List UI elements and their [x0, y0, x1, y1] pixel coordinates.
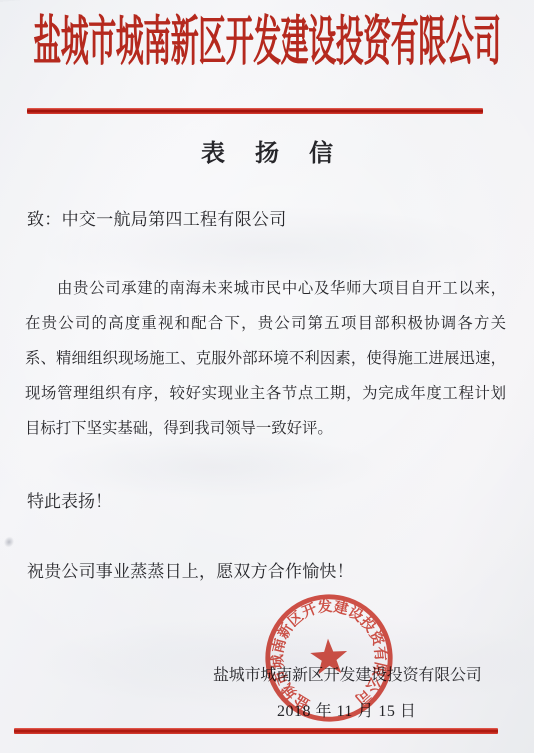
body-line-1: 由贵公司承建的南海未来城市民中心及华师大项目自开工以来， [25, 271, 506, 306]
recipient-line: 致：中交一航局第四工程有限公司 [27, 209, 287, 231]
footer-rule [14, 728, 498, 734]
body-line-3: 系、精细组织现场施工、克服外部环境不利因素，使得施工进展迅速， [25, 341, 506, 376]
commendation-line: 特此表扬！ [27, 487, 112, 512]
letter-page: 盐城市城南新区开发建设投资有限公司 表 扬 信 致：中交一航局第四工程有限公司 … [0, 0, 534, 753]
letter-title: 表 扬 信 [0, 133, 534, 168]
body-line-2: 在贵公司的高度重视和配合下，贵公司第五项目部积极协调各方关 [25, 306, 506, 341]
paper-crease-mark [0, 532, 19, 553]
body-line-4: 现场管理组织有序，较好实现业主各节点工期，为完成年度工程计划 [25, 376, 506, 411]
company-seal-stamp: 盐城市城南新区开发建设投资有限公司 [258, 587, 401, 730]
body-line-5: 目标打下坚实基础，得到我司领导一致好评。 [25, 411, 506, 446]
letterhead-company-name: 盐城市城南新区开发建设投资有限公司 [0, 16, 534, 73]
letterhead-rule [27, 108, 483, 114]
body-paragraph: 由贵公司承建的南海未来城市民中心及华师大项目自开工以来， 在贵公司的高度重视和配… [25, 271, 506, 446]
seal-star-icon [310, 638, 349, 675]
closing-wish-line: 祝贵公司事业蒸蒸日上，愿双方合作愉快！ [27, 557, 354, 582]
